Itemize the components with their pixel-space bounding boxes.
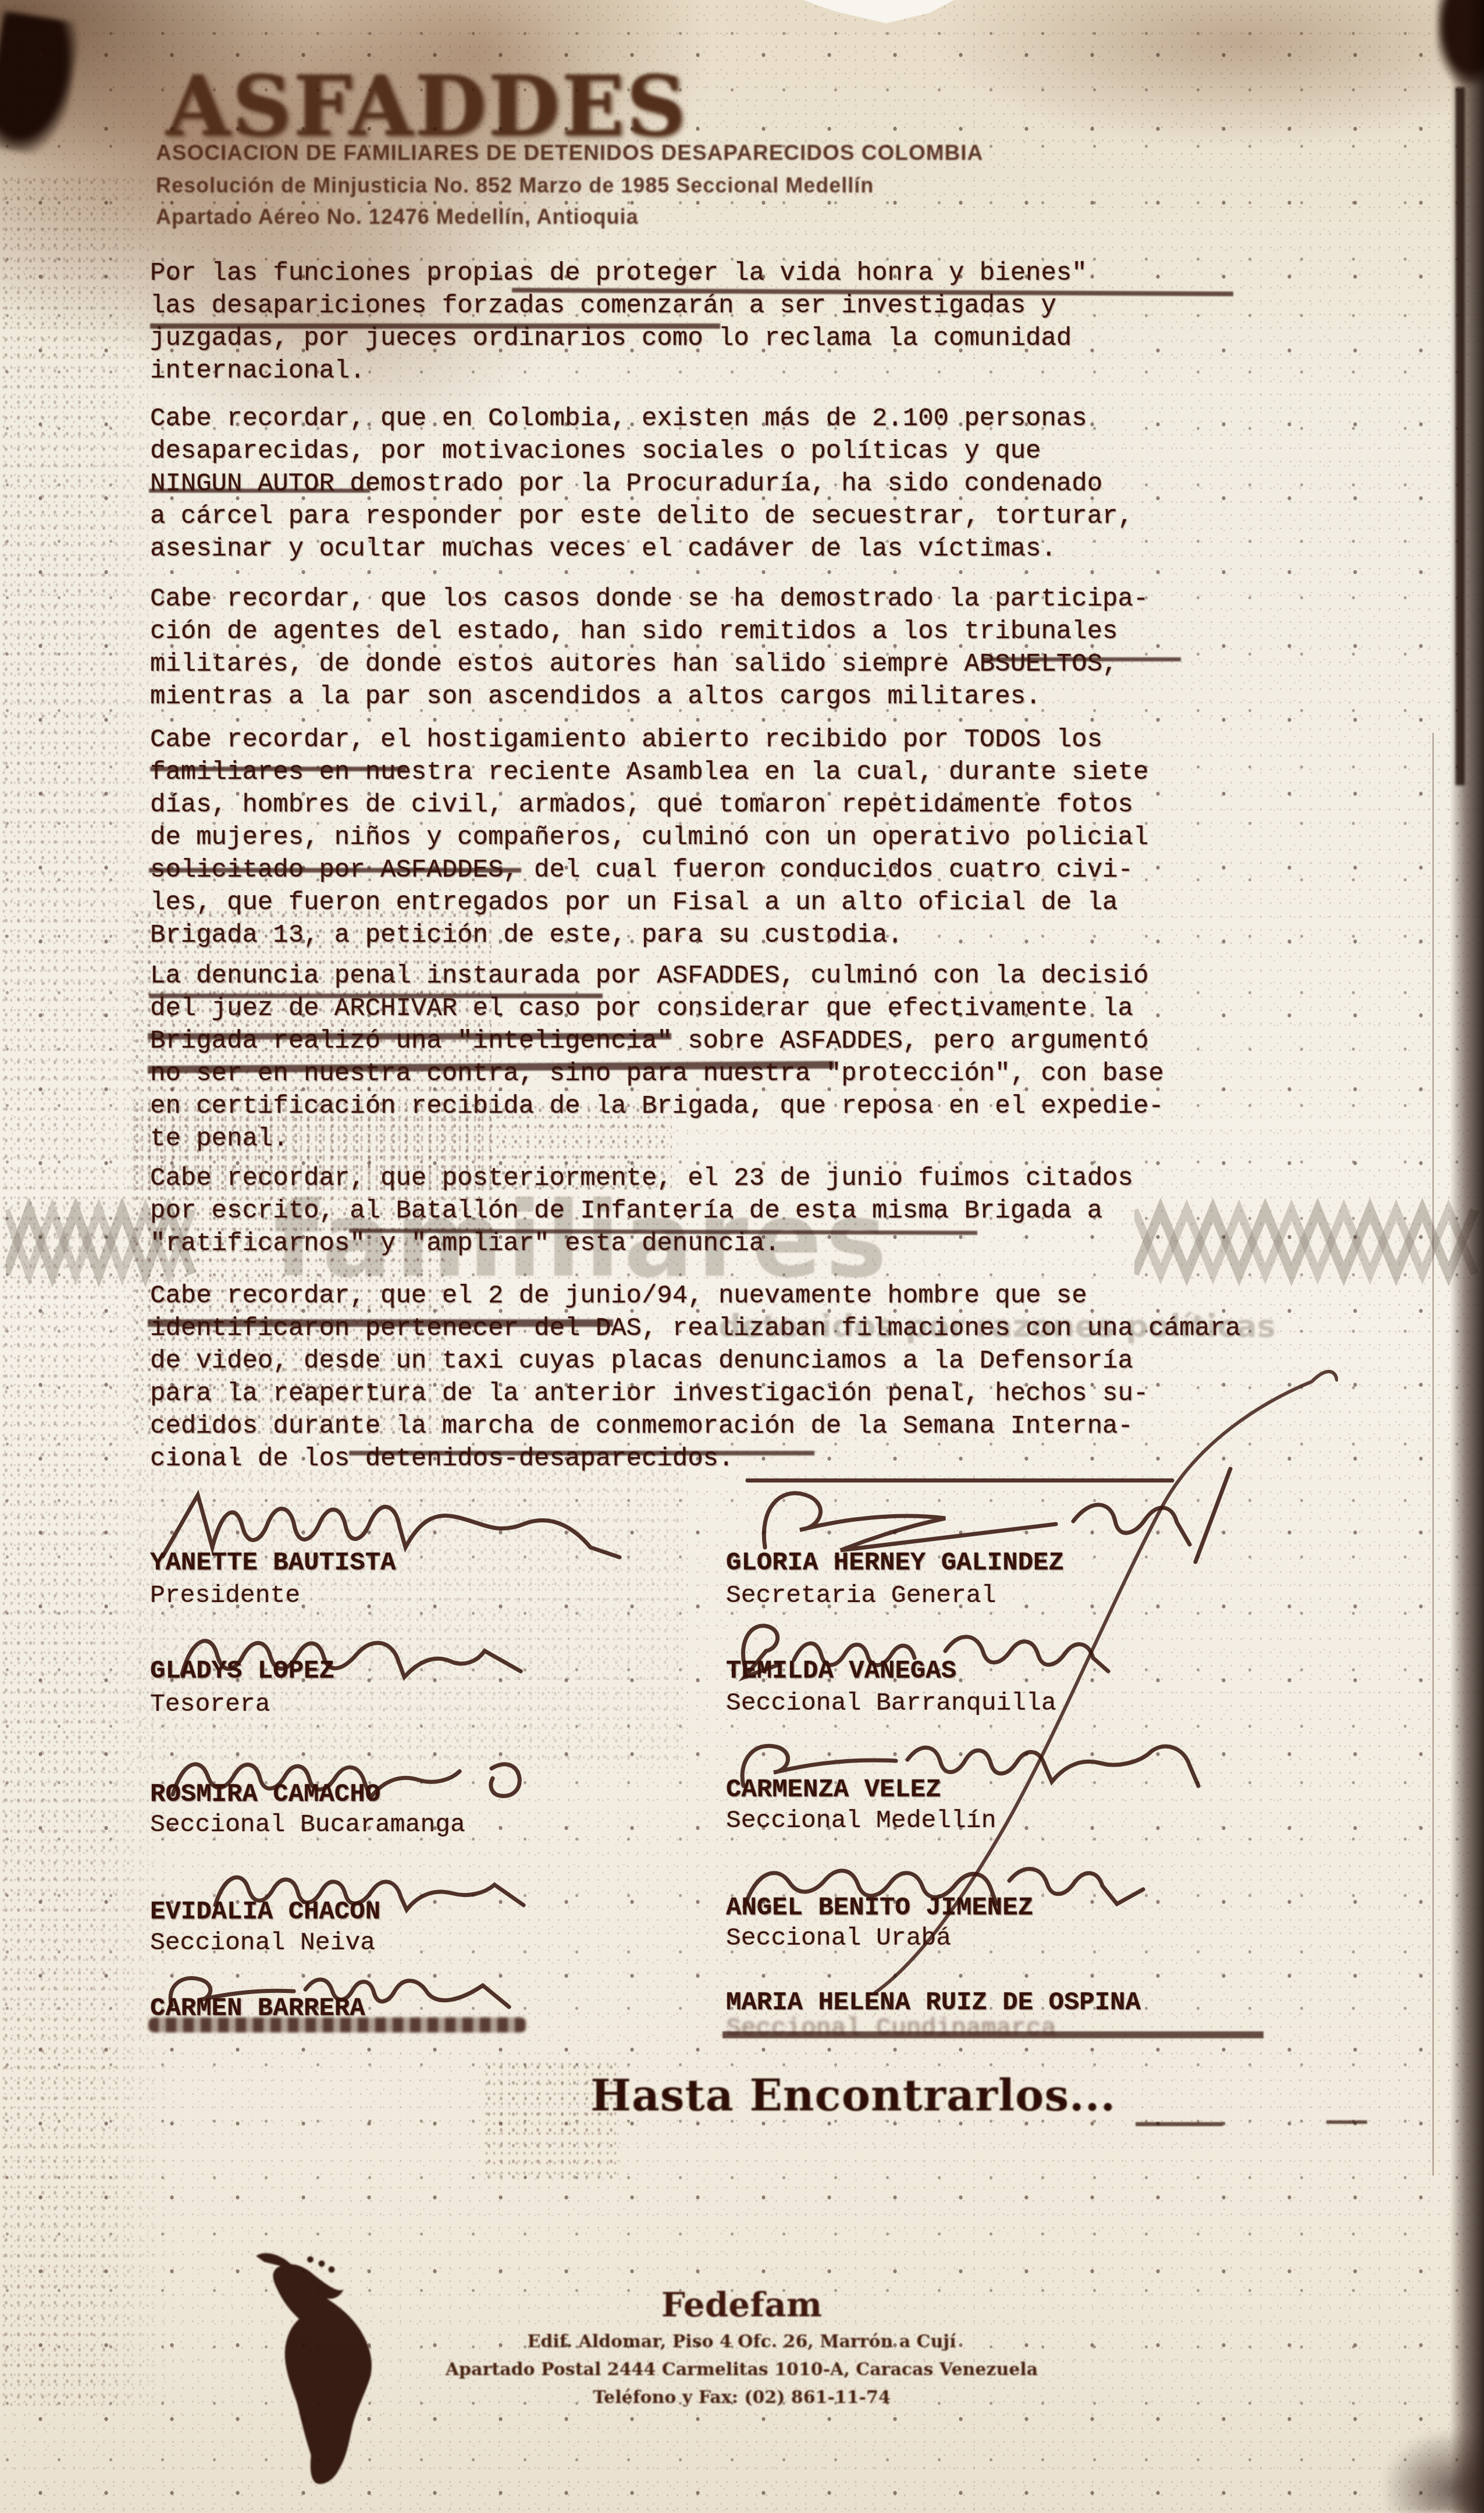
signatory-name: ANGEL BENITO JIMENEZ xyxy=(726,1893,1033,1923)
pen-dash xyxy=(1326,2120,1367,2124)
signatory-title: Seccional Barranquilla xyxy=(726,1689,1056,1717)
paragraph-4: Cabe recordar, el hostigamiento abierto … xyxy=(150,724,1308,952)
signatory-title: Seccional Medellín xyxy=(726,1806,996,1835)
signatory-title: Tesorera xyxy=(150,1690,270,1718)
signatory-name: GLADYS LOPEZ xyxy=(150,1657,334,1686)
paragraph-1: Por las funciones propias de proteger la… xyxy=(150,257,1308,387)
scan-edge-line xyxy=(1455,87,1465,785)
footer-address-line-3: Teléfono y Fax: (02) 861-11-74 xyxy=(396,2387,1088,2408)
paper-tear-notch xyxy=(803,0,954,23)
letterhead-line-3: Apartado Aéreo No. 12476 Medellín, Antio… xyxy=(156,205,638,229)
paragraph-2: Cabe recordar, que en Colombia, existen … xyxy=(150,403,1308,565)
signatory-name: ROSMIRA CAMACHO xyxy=(150,1780,380,1809)
illegible-seccional-smudge xyxy=(148,2017,526,2033)
letterhead-line-1: ASOCIACION DE FAMILIARES DE DETENIDOS DE… xyxy=(156,141,983,165)
signatory-name: TEMILDA VANEGAS xyxy=(726,1657,956,1686)
signatory-name: MARIA HELENA RUIZ DE OSPINA xyxy=(726,1988,1141,2017)
signatory-title: Seccional Neiva xyxy=(150,1928,375,1957)
signatory-title-faded: Seccional Cundinamarca xyxy=(726,2014,1056,2042)
footer-address-line-2: Apartado Postal 2444 Carmelitas 1010-A, … xyxy=(396,2359,1088,2380)
paper-fold-line xyxy=(1432,733,1434,2176)
footer-address-line-1: Edif. Aldomar, Piso 4 Ofc. 26, Marrón a … xyxy=(396,2332,1088,2352)
signatory-name: YANETTE BAUTISTA xyxy=(150,1549,396,1578)
signatory-title: Presidente xyxy=(150,1581,300,1610)
pen-dash xyxy=(1136,2122,1223,2126)
signatory-name: CARMENZA VELEZ xyxy=(726,1775,941,1804)
toner-stain-top-right xyxy=(873,0,1484,221)
signatory-title: Secretaria General xyxy=(726,1581,996,1610)
ink-blob-top-left xyxy=(0,11,82,158)
ink-blob-top-right xyxy=(1437,0,1484,84)
left-margin-speckle xyxy=(0,175,175,2408)
paragraph-7: Cabe recordar, que el 2 de junio/94, nue… xyxy=(150,1280,1308,1475)
paragraph-5: La denuncia penal instaurada por ASFADDE… xyxy=(150,960,1308,1155)
letterhead-line-2: Resolución de Minjusticia No. 852 Marzo … xyxy=(156,173,874,198)
signatory-title: Seccional Bucaramanga xyxy=(150,1810,465,1839)
scanned-letter-page: ASFADDES ASOCIACION DE FAMILIARES DE DET… xyxy=(0,0,1484,2513)
footer-org-name: Fedefam xyxy=(465,2285,1018,2325)
ink-blob-bottom-right xyxy=(1385,2432,1483,2513)
paragraph-6: Cabe recordar, que posteriormente, el 23… xyxy=(150,1162,1308,1260)
signatory-name: EVIDALIA CHACON xyxy=(150,1898,380,1927)
scan-edge-shadow xyxy=(1450,0,1484,2513)
closing-slogan: Hasta Encontrarlos... xyxy=(590,2071,1116,2121)
paragraph-3: Cabe recordar, que los casos donde se ha… xyxy=(150,583,1308,713)
signatory-title: Seccional Urabá xyxy=(726,1924,951,1952)
signatory-name: GLORIA HERNEY GALINDEZ xyxy=(726,1549,1064,1578)
